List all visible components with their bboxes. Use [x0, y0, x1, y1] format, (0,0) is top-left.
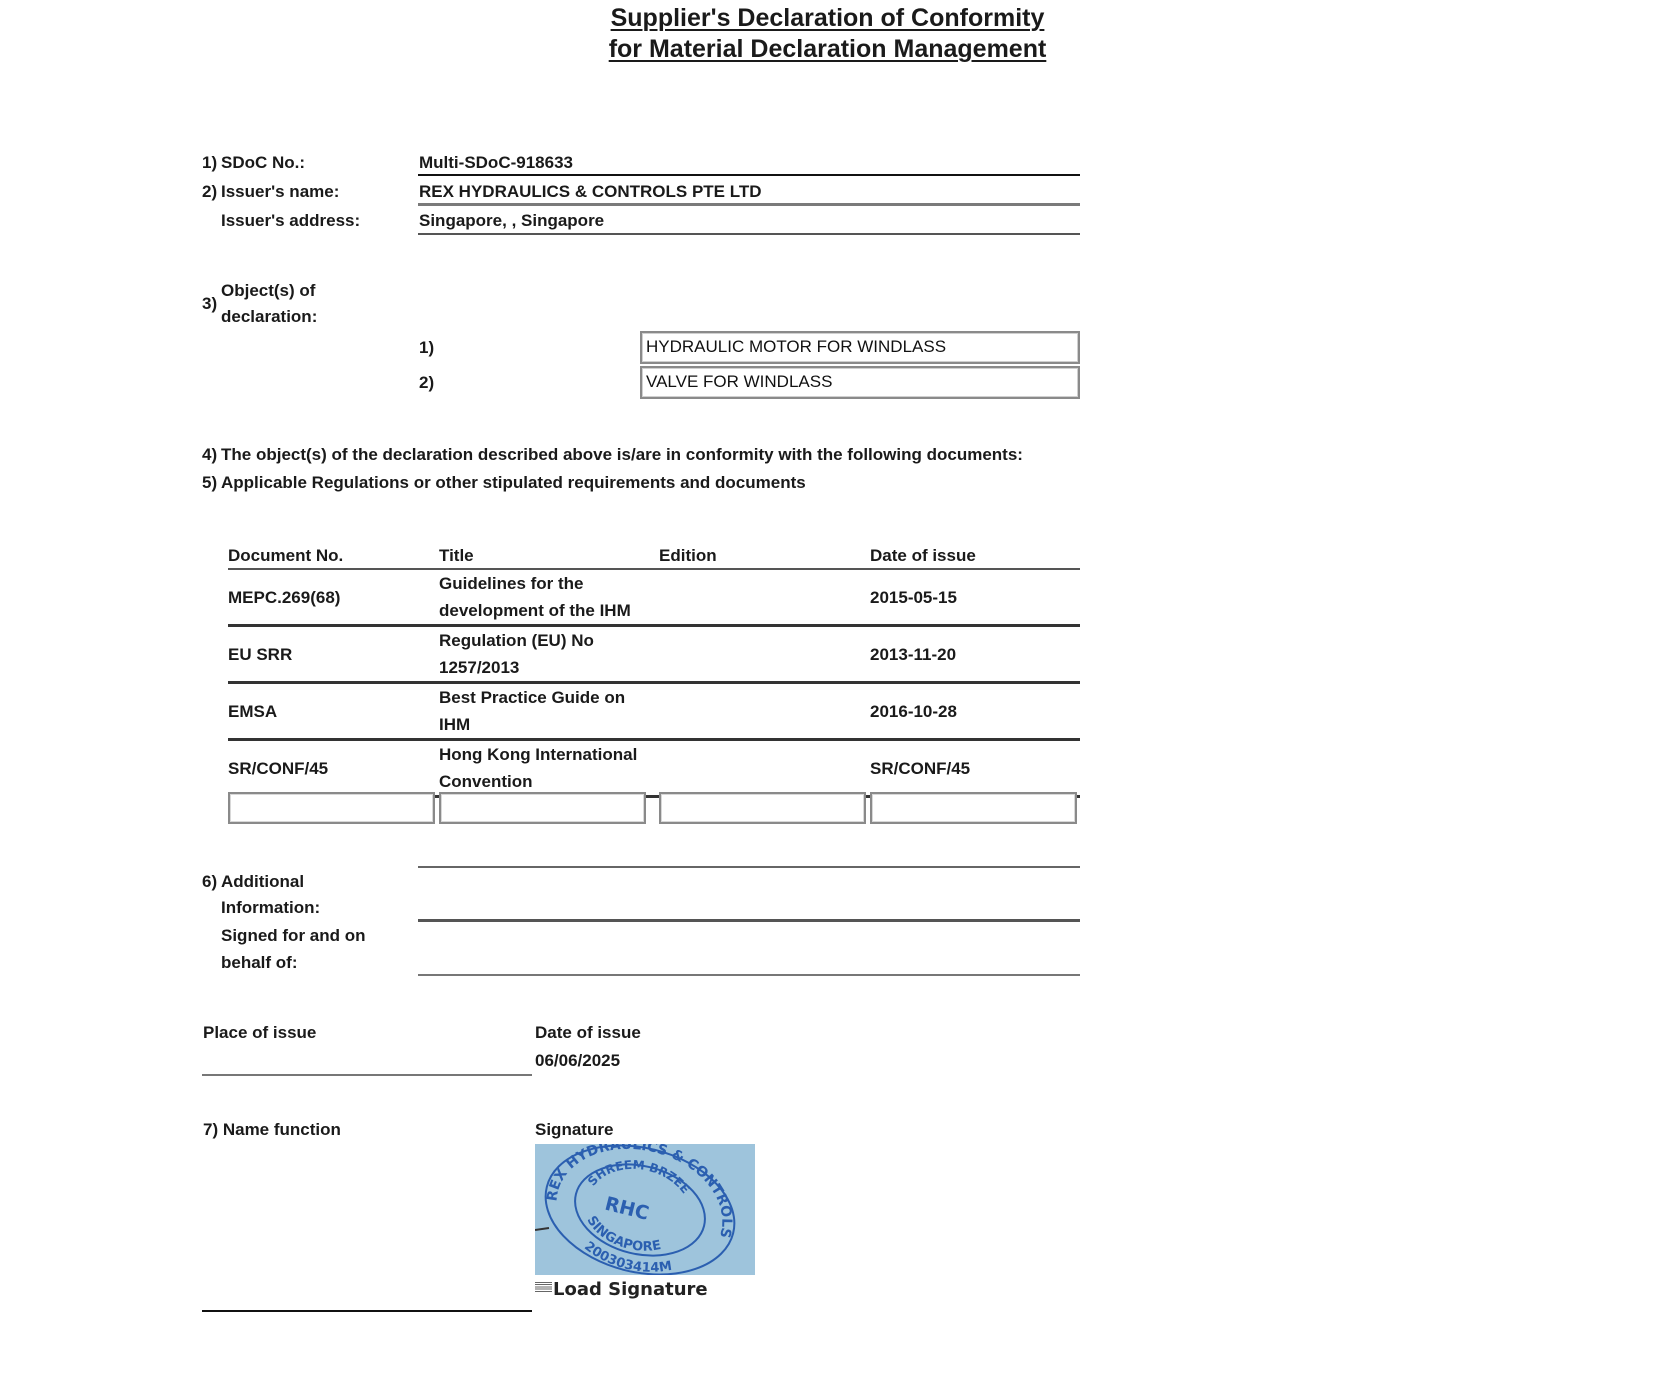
signed-behalf-underline [418, 974, 1080, 976]
cell-edition [659, 683, 870, 740]
sdoc-no-label: SDoC No.: [221, 152, 305, 174]
signature-label: Signature [535, 1119, 613, 1141]
documents-table: Document No. Title Edition Date of issue… [228, 540, 1080, 798]
sdoc-no-value: Multi-SDoC-918633 [419, 152, 573, 174]
additional-info-label-line-2: Information: [221, 897, 320, 919]
objects-label-line-2: declaration: [221, 306, 317, 328]
object-item-number: 2) [419, 372, 434, 394]
title-line: Guidelines for the [439, 574, 584, 593]
title-line: 1257/2013 [439, 658, 519, 677]
place-of-issue-field[interactable] [203, 1050, 531, 1072]
field-number: 1) [202, 152, 217, 174]
cell-title: Guidelines for thedevelopment of the IHM [439, 569, 659, 626]
cell-title: Best Practice Guide onIHM [439, 683, 659, 740]
menu-lines-icon [535, 1282, 552, 1293]
field-number: 3) [202, 293, 217, 315]
date-of-issue-label: Date of issue [535, 1022, 641, 1044]
title-line-1: Supplier's Declaration of Conformity [611, 4, 1045, 32]
place-of-issue-label: Place of issue [203, 1022, 316, 1044]
new-document-no-input[interactable] [228, 792, 435, 824]
title-line: Best Practice Guide on [439, 688, 625, 707]
issuer-name-underline [418, 203, 1080, 206]
name-function-label: 7) Name function [203, 1119, 341, 1141]
object-item-1-field[interactable]: HYDRAULIC MOTOR FOR WINDLASS [640, 331, 1080, 364]
issuer-name-value: REX HYDRAULICS & CONTROLS PTE LTD [419, 181, 762, 203]
title-line: development of the IHM [439, 601, 631, 620]
conformity-statement: The object(s) of the declaration describ… [221, 444, 1023, 466]
load-signature-button[interactable]: Load Signature [535, 1279, 708, 1301]
field-number: 4) [202, 444, 217, 466]
column-header-title: Title [439, 540, 659, 569]
field-number: 6) [202, 871, 217, 893]
object-item-number: 1) [419, 337, 434, 359]
title-line: Hong Kong International [439, 745, 637, 764]
table-header-row: Document No. Title Edition Date of issue [228, 540, 1080, 569]
title-line: Convention [439, 772, 533, 791]
name-function-underline [202, 1310, 532, 1312]
objects-label-line-1: Object(s) of [221, 280, 315, 302]
column-header-edition: Edition [659, 540, 870, 569]
place-of-issue-underline [202, 1074, 532, 1076]
company-seal-icon: REX HYDRAULICS & CONTROLS PTE LTD 200303… [535, 1144, 755, 1275]
table-row: EMSA Best Practice Guide onIHM 2016-10-2… [228, 683, 1080, 740]
title-line: Regulation (EU) No [439, 631, 594, 650]
cell-title: Regulation (EU) No1257/2013 [439, 626, 659, 683]
issuer-name-label: Issuer's name: [221, 181, 339, 203]
title-line: IHM [439, 715, 470, 734]
cell-document-no: EMSA [228, 683, 439, 740]
signature-stamp-image: REX HYDRAULICS & CONTROLS PTE LTD 200303… [535, 1144, 755, 1275]
date-of-issue-value[interactable]: 06/06/2025 [535, 1050, 620, 1072]
additional-info-label-line-1: Additional [221, 871, 304, 893]
cell-document-no: SR/CONF/45 [228, 740, 439, 797]
cell-date: 2015-05-15 [870, 569, 1080, 626]
table-row: EU SRR Regulation (EU) No1257/2013 2013-… [228, 626, 1080, 683]
new-edition-input[interactable] [659, 792, 866, 824]
load-signature-label: Load Signature [553, 1279, 708, 1300]
field-number: 2) [202, 181, 217, 203]
document-title: Supplier's Declaration of Conformity for… [0, 3, 1655, 65]
cell-title: Hong Kong InternationalConvention [439, 740, 659, 797]
cell-document-no: MEPC.269(68) [228, 569, 439, 626]
cell-edition [659, 569, 870, 626]
cell-edition [659, 740, 870, 797]
column-header-date-of-issue: Date of issue [870, 540, 1080, 569]
cell-date: 2016-10-28 [870, 683, 1080, 740]
signed-behalf-label-line-1: Signed for and on [221, 925, 366, 947]
signed-behalf-label-line-2: behalf of: [221, 952, 298, 974]
name-function-field[interactable] [203, 1150, 531, 1300]
regulations-statement: Applicable Regulations or other stipulat… [221, 472, 806, 494]
new-date-input[interactable] [870, 792, 1077, 824]
column-header-document-no: Document No. [228, 540, 439, 569]
table-row: SR/CONF/45 Hong Kong InternationalConven… [228, 740, 1080, 797]
cell-date: 2013-11-20 [870, 626, 1080, 683]
cell-date: SR/CONF/45 [870, 740, 1080, 797]
field-number: 5) [202, 472, 217, 494]
new-title-input[interactable] [439, 792, 646, 824]
issuer-address-underline [418, 233, 1080, 235]
issuer-address-value: Singapore, , Singapore [419, 210, 604, 232]
object-item-2-field[interactable]: VALVE FOR WINDLASS [640, 366, 1080, 399]
table-row: MEPC.269(68) Guidelines for thedevelopme… [228, 569, 1080, 626]
cell-edition [659, 626, 870, 683]
cell-document-no: EU SRR [228, 626, 439, 683]
additional-top-line [418, 866, 1080, 868]
signed-behalf-field[interactable] [419, 951, 1079, 973]
additional-info-field[interactable] [419, 897, 1079, 919]
title-line-2: for Material Declaration Management [609, 35, 1047, 63]
issuer-address-label: Issuer's address: [221, 210, 360, 232]
additional-info-underline [418, 919, 1080, 922]
sdoc-no-underline [418, 174, 1080, 176]
stamp-center-text: RHC [603, 1193, 651, 1225]
